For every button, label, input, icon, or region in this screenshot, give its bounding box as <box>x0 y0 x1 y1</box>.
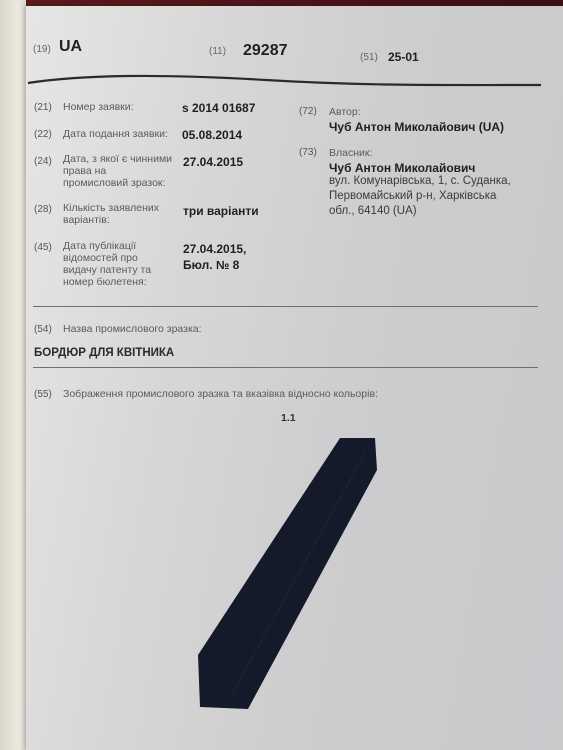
patent-document-page: (19) UA (11) 29287 (51) 25-01 (21) Номер… <box>26 6 563 750</box>
design-figure <box>26 6 563 750</box>
background-page-edge <box>0 0 26 750</box>
